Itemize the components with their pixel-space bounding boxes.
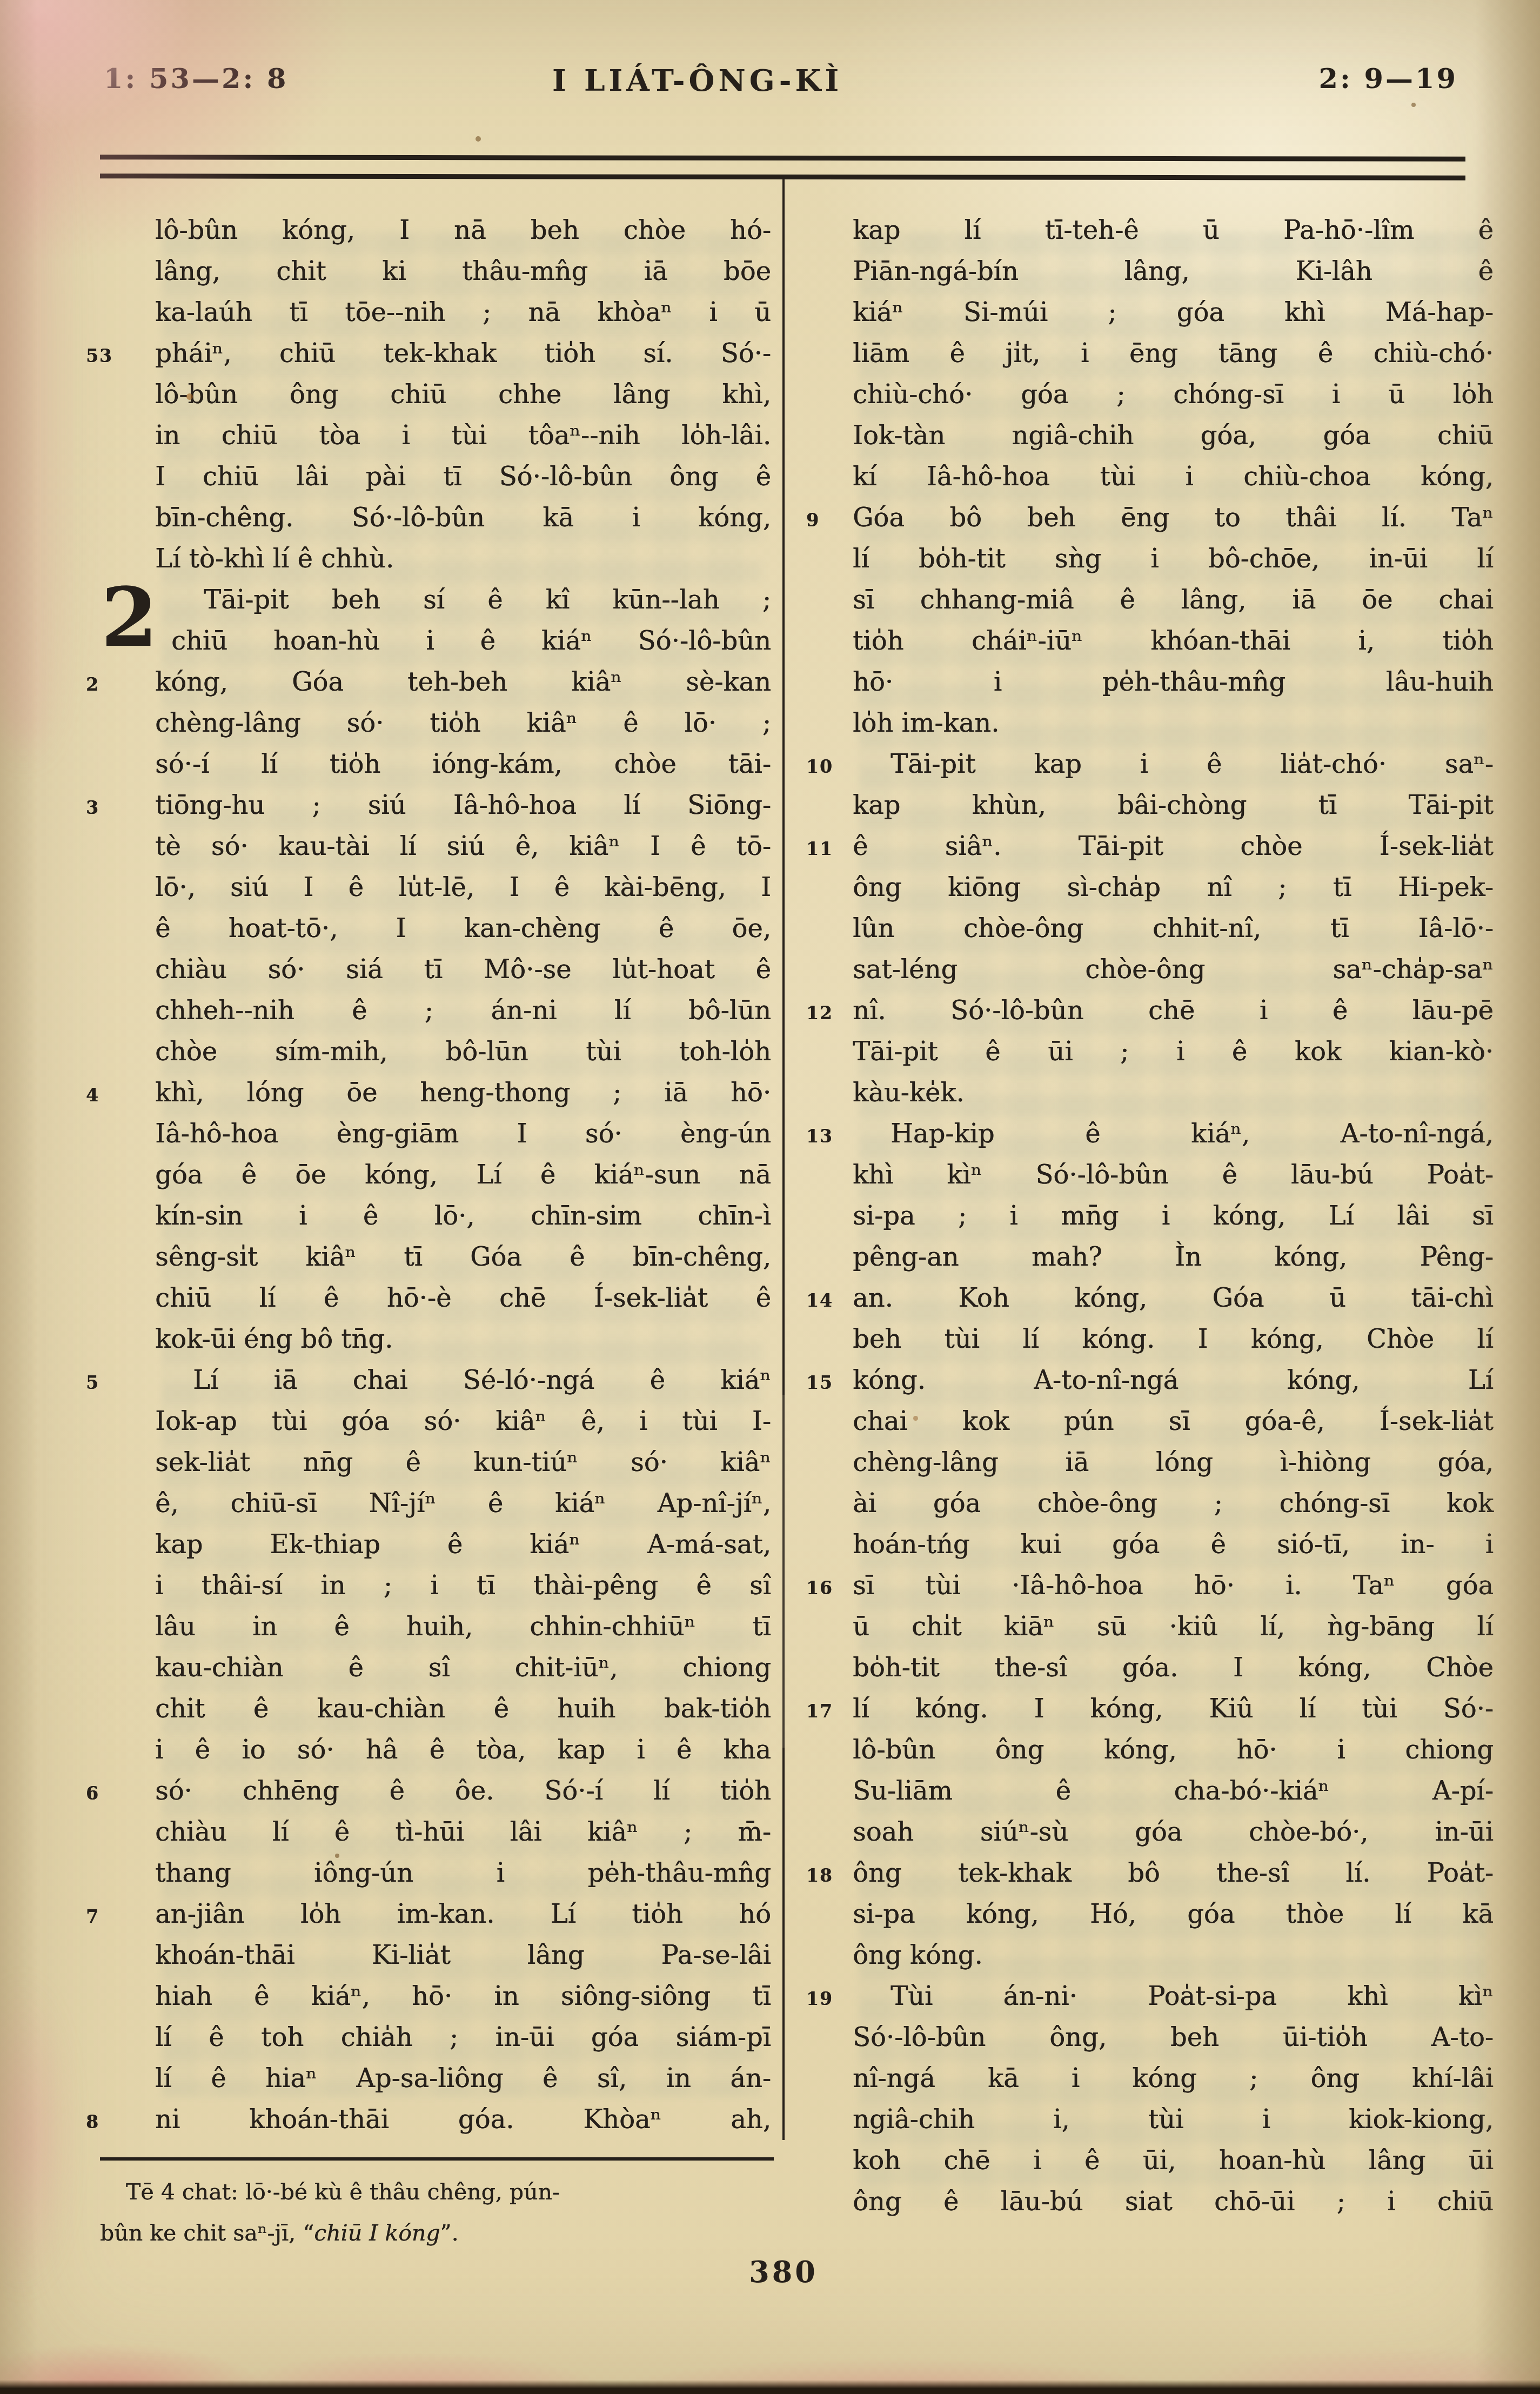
paper-speck xyxy=(1411,103,1416,107)
line-text: kí Iâ-hô-hoa tùi i chiù-choa kóng, xyxy=(853,462,1494,492)
footnote-line: bûn ke chit saⁿ-jī, “chiū I kóng”. xyxy=(100,2212,775,2253)
verse-number: 13 xyxy=(806,1116,846,1157)
line-text: chòe sím-mih, bô-lūn tùi toh-lo̍h xyxy=(155,1036,771,1067)
line-text: Lí tò-khì lí ê chhù. xyxy=(155,544,394,574)
line-text: ngiâ-chih i, tùi i kiok-kiong, xyxy=(853,2104,1494,2135)
line-text: ông kóng. xyxy=(853,1940,983,1970)
text-line: chiàu só· siá tī Mô·-se lu̍t-hoat ê xyxy=(155,949,771,990)
line-text: Iâ-hô-hoa èng-giām I só· èng-ún xyxy=(155,1119,771,1149)
line-text: khoán-thāi Ki-lia̍t lâng Pa-se-lâi xyxy=(155,1940,771,1970)
scan-edge-left xyxy=(0,0,38,2394)
text-line: tio̍h cháiⁿ-iūⁿ khóan-thāi i, tio̍h xyxy=(853,620,1494,661)
text-line: beh tùi lí kóng. I kóng, Chòe lí xyxy=(853,1319,1494,1360)
text-line: Iok-tàn ngiâ-chih góa, góa chiū xyxy=(853,415,1494,456)
text-line: 9Góa bô beh ēng to thâi lí. Taⁿ xyxy=(853,497,1494,538)
line-text: sêng-si̍t kiâⁿ tī Góa ê bīn-chêng, xyxy=(155,1242,771,1272)
line-text: ông kiōng sì-cha̍p nî ; tī Hi-pek- xyxy=(853,872,1494,902)
text-line: chheh--nih ê ; án-ni lí bô-lūn xyxy=(155,990,771,1031)
verse-number: 16 xyxy=(806,1568,846,1609)
text-line: I chiū lâi pài tī Só·-lô-bûn ông ê xyxy=(155,456,771,497)
line-text: Góa bô beh ēng to thâi lí. Taⁿ xyxy=(853,503,1494,533)
line-text: kiáⁿ Si-múi ; góa khì Má-hap- xyxy=(853,297,1494,327)
verse-number: 2 xyxy=(86,664,129,705)
text-line: lí bo̍h-tit sǹg i bô-chōe, in-ūi lí xyxy=(853,538,1494,579)
verse-number: 14 xyxy=(806,1280,846,1321)
line-text: an. Koh kóng, Góa ū tāi-chì xyxy=(853,1283,1494,1313)
line-text: Tùi án-ni· Poa̍t-si-pa khì kìⁿ xyxy=(890,1981,1494,2011)
line-text: lûn chòe-ông chhit-nî, tī Iâ-lō·- xyxy=(853,913,1494,944)
text-line: koh chē i ê ūi, hoan-hù lâng ūi xyxy=(853,2140,1494,2181)
line-text: i ê io só· hâ ê tòa, kap i ê kha xyxy=(155,1735,771,1765)
line-text: Su-liām ê cha-bó·-kiáⁿ A-pí- xyxy=(853,1776,1494,1806)
line-text: ài góa chòe-ông ; chóng-sī kok xyxy=(853,1488,1494,1519)
text-line: só·-í lí tio̍h ióng-kám, chòe tāi- xyxy=(155,744,771,785)
line-text: pháiⁿ, chiū tek-khak tio̍h sí. Só·- xyxy=(155,338,771,369)
text-line: si-pa kóng, Hó, góa thòe lí kā xyxy=(853,1894,1494,1935)
text-line: Su-liām ê cha-bó·-kiáⁿ A-pí- xyxy=(853,1770,1494,1811)
footnote-rule xyxy=(100,2157,774,2161)
text-line: ông ê lāu-bú siat chō-ūi ; i chiū xyxy=(853,2181,1494,2222)
line-text: lí bo̍h-tit sǹg i bô-chōe, in-ūi lí xyxy=(853,544,1494,574)
text-line: 8ni khoán-thāi góa. Khòaⁿ ah, xyxy=(155,2099,771,2140)
verse-number: 19 xyxy=(806,1978,846,2019)
text-line: Só·-lô-bûn ông, beh ūi-tio̍h A-to- xyxy=(853,2017,1494,2058)
text-line: 3tiōng-hu ; siú Iâ-hô-hoa lí Siōng- xyxy=(155,785,771,826)
text-line: sat-léng chòe-ông saⁿ-cha̍p-saⁿ xyxy=(853,949,1494,990)
text-line: 13Hap-kip ê kiáⁿ, A-to-nî-ngá, xyxy=(853,1113,1494,1154)
line-text: lí ê toh chia̍h ; in-ūi góa siám-pī xyxy=(155,2022,771,2052)
text-line: si-pa ; i mn̄g i kóng, Lí lâi sī xyxy=(853,1195,1494,1236)
line-text: hō· i pe̍h-thâu-mn̂g lâu-huih xyxy=(853,667,1494,697)
line-text: i thâi-sí in ; i tī thài-pêng ê sî xyxy=(155,1570,771,1601)
verse-number: 8 xyxy=(86,2102,129,2143)
text-line: chiù-chó· góa ; chóng-sī i ū lo̍h xyxy=(853,374,1494,415)
line-text: chiàu só· siá tī Mô·-se lu̍t-hoat ê xyxy=(155,954,771,985)
page-number: 380 xyxy=(708,2255,859,2289)
line-text: sat-léng chòe-ông saⁿ-cha̍p-saⁿ xyxy=(853,954,1494,985)
verse-number: 18 xyxy=(806,1855,846,1896)
text-line: chiū hoan-hù i ê kiáⁿ Só·-lô-bûn xyxy=(155,620,771,661)
text-line: kí Iâ-hô-hoa tùi i chiù-choa kóng, xyxy=(853,456,1494,497)
line-text: Iok-ap tùi góa só· kiâⁿ ê, i tùi I- xyxy=(155,1406,771,1436)
verse-number: 17 xyxy=(806,1691,846,1732)
text-line: Tāi-pit ê ūi ; i ê kok kian-kò· xyxy=(853,1031,1494,1072)
text-line: lí ê toh chia̍h ; in-ūi góa siám-pī xyxy=(155,2017,771,2058)
text-line: ài góa chòe-ông ; chóng-sī kok xyxy=(853,1483,1494,1524)
line-text: bo̍h-tit the-sî góa. I kóng, Chòe xyxy=(853,1653,1494,1683)
text-line: 53pháiⁿ, chiū tek-khak tio̍h sí. Só·- xyxy=(155,333,771,374)
text-line: lō·, siú I ê lu̍t-lē, I ê kài-bēng, I xyxy=(155,867,771,908)
text-line: 17lí kóng. I kóng, Kiû lí tùi Só·- xyxy=(853,1688,1494,1729)
pink-stain-left-edge xyxy=(0,130,76,751)
footnote-text: bûn ke chit saⁿ-jī, “ xyxy=(100,2220,314,2246)
line-text: pêng-an mah? Ìn kóng, Pêng- xyxy=(853,1242,1494,1272)
text-line: 2kóng, Góa teh-beh kiâⁿ sè-kan xyxy=(155,661,771,703)
text-line: hō· i pe̍h-thâu-mn̂g lâu-huih xyxy=(853,661,1494,703)
text-line: kau-chiàn ê sî chit-iūⁿ, chiong xyxy=(155,1647,771,1688)
text-line: kín-sin i ê lō·, chīn-sim chīn-ì xyxy=(155,1195,771,1236)
footnote-quote: chiū I kóng xyxy=(314,2220,440,2246)
line-text: kap Ek-thiap ê kiáⁿ A-má-sat, xyxy=(155,1529,771,1560)
line-text: lô-bûn kóng, I nā beh chòe hó- xyxy=(155,215,771,245)
text-line: ê hoat-tō·, I kan-chèng ê ōe, xyxy=(155,908,771,949)
line-text: lô-bûn ông kóng, hō· i chiong xyxy=(853,1735,1494,1765)
text-line: 7an-jiân lo̍h im-kan. Lí tio̍h hó xyxy=(155,1894,771,1935)
verse-number: 53 xyxy=(86,336,129,377)
line-text: chit ê kau-chiàn ê huih bak-tio̍h xyxy=(155,1694,771,1724)
line-text: kau-chiàn ê sî chit-iūⁿ, chiong xyxy=(155,1653,771,1683)
line-text: an-jiân lo̍h im-kan. Lí tio̍h hó xyxy=(155,1899,771,1929)
text-line: 2Tāi-pit beh sí ê kî kūn--lah ; xyxy=(155,579,771,620)
text-line: lâng, chit ki thâu-mn̂g iā bōe xyxy=(155,251,771,292)
text-line: hiah ê kiáⁿ, hō· in siông-siông tī xyxy=(155,1976,771,2017)
text-line: chèng-lâng só· tio̍h kiâⁿ ê lō· ; xyxy=(155,703,771,744)
text-line: Iâ-hô-hoa èng-giām I só· èng-ún xyxy=(155,1113,771,1154)
line-text: koh chē i ê ūi, hoan-hù lâng ūi xyxy=(853,2145,1494,2176)
line-text: chai kok pún sī góa-ê, Í-sek-lia̍t xyxy=(853,1406,1494,1436)
pink-stain-left-lower xyxy=(0,1972,76,2297)
text-line: khì kìⁿ Só·-lô-bûn ê lāu-bú Poa̍t- xyxy=(853,1154,1494,1195)
text-line: 15kóng. A-to-nî-ngá kóng, Lí xyxy=(853,1360,1494,1401)
line-text: sek-lia̍t nn̄g ê kun-tiúⁿ só· kiâⁿ xyxy=(155,1447,771,1477)
text-line: 11ê siâⁿ. Tāi-pit chòe Í-sek-lia̍t xyxy=(853,826,1494,867)
line-text: in chiū tòa i tùi tôaⁿ--nih lo̍h-lâi. xyxy=(155,420,771,451)
line-text: Tāi-pit kap i ê lia̍t-chó· saⁿ- xyxy=(890,749,1494,779)
text-line: chòe sím-mih, bô-lūn tùi toh-lo̍h xyxy=(155,1031,771,1072)
verse-number: 11 xyxy=(806,828,846,870)
text-line: kiáⁿ Si-múi ; góa khì Má-hap- xyxy=(853,292,1494,333)
text-line: tè só· kau-tài lí siú ê, kiâⁿ I ê tō- xyxy=(155,826,771,867)
footnote-text: Tē 4 chat: lō·-bé kù ê thâu chêng, pún- xyxy=(126,2179,560,2205)
header-right-reference: 2: 9—19 xyxy=(1318,63,1458,95)
line-text: lô-bûn ông chiū chhe lâng khì, xyxy=(155,379,771,410)
line-text: thang iông-ún i pe̍h-thâu-mn̂g xyxy=(155,1858,771,1888)
line-text: khì kìⁿ Só·-lô-bûn ê lāu-bú Poa̍t- xyxy=(853,1160,1494,1190)
line-text: chiàu lí ê tì-hūi lâi kiâⁿ ; m̄- xyxy=(155,1817,771,1847)
line-text: só·-í lí tio̍h ióng-kám, chòe tāi- xyxy=(155,749,771,779)
chapter-number: 2 xyxy=(101,577,157,658)
paper-speck xyxy=(476,136,481,142)
text-line: soah siúⁿ-sù góa chòe-bó·, in-ūi xyxy=(853,1811,1494,1853)
text-line: 14an. Koh kóng, Góa ū tāi-chì xyxy=(853,1278,1494,1319)
line-text: Tāi-pit ê ūi ; i ê kok kian-kò· xyxy=(853,1036,1494,1067)
text-line: 5Lí iā chai Sé-ló·-ngá ê kiáⁿ xyxy=(155,1360,771,1401)
line-text: lâu in ê huih, chhin-chhiūⁿ tī xyxy=(155,1611,771,1642)
text-line: pêng-an mah? Ìn kóng, Pêng- xyxy=(853,1236,1494,1278)
text-line: 10Tāi-pit kap i ê lia̍t-chó· saⁿ- xyxy=(853,744,1494,785)
text-line: kok-ūi éng bô tn̄g. xyxy=(155,1319,771,1360)
text-line: sek-lia̍t nn̄g ê kun-tiúⁿ só· kiâⁿ xyxy=(155,1442,771,1483)
text-line: chit ê kau-chiàn ê huih bak-tio̍h xyxy=(155,1688,771,1729)
scan-edge-bottom xyxy=(0,2380,1540,2394)
text-line: kap khùn, bâi-chòng tī Tāi-pit xyxy=(853,785,1494,826)
line-text: khì, lóng ōe heng-thong ; iā hō· xyxy=(155,1078,771,1108)
line-text: Só·-lô-bûn ông, beh ūi-tio̍h A-to- xyxy=(853,2022,1494,2052)
line-text: sī tùi ·Iâ-hô-hoa hō· i. Taⁿ góa xyxy=(853,1570,1494,1601)
book-page: 1: 53—2: 8 I LIÁT-ÔNG-KÌ 2: 9—19 lô-bûn … xyxy=(0,0,1540,2394)
verse-number: 3 xyxy=(86,787,129,828)
text-line: 4khì, lóng ōe heng-thong ; iā hō· xyxy=(155,1072,771,1113)
page-title: I LIÁT-ÔNG-KÌ xyxy=(552,63,842,98)
line-text: ê siâⁿ. Tāi-pit chòe Í-sek-lia̍t xyxy=(853,831,1494,861)
text-line: 12nî. Só·-lô-bûn chē i ê lāu-pē xyxy=(853,990,1494,1031)
text-line: chiū lí ê hō·-è chē Í-sek-lia̍t ê xyxy=(155,1278,771,1319)
header-rule xyxy=(100,155,1465,180)
footnote: Tē 4 chat: lō·-bé kù ê thâu chêng, pún-b… xyxy=(100,2171,775,2253)
line-text: lâng, chit ki thâu-mn̂g iā bōe xyxy=(155,256,771,286)
text-line: lô-bûn kóng, I nā beh chòe hó- xyxy=(155,210,771,251)
line-text: lo̍h im-kan. xyxy=(853,708,999,738)
verse-number: 5 xyxy=(86,1362,129,1403)
verse-number: 4 xyxy=(86,1075,129,1116)
text-line: chai kok pún sī góa-ê, Í-sek-lia̍t xyxy=(853,1401,1494,1442)
running-header: 1: 53—2: 8 I LIÁT-ÔNG-KÌ 2: 9—19 xyxy=(0,63,1540,101)
text-line: thang iông-ún i pe̍h-thâu-mn̂g xyxy=(155,1853,771,1894)
line-text: kóng. A-to-nî-ngá kóng, Lí xyxy=(853,1365,1494,1395)
line-text: kóng, Góa teh-beh kiâⁿ sè-kan xyxy=(155,667,771,697)
line-text: só· chhēng ê ôe. Só·-í lí tio̍h xyxy=(155,1776,771,1806)
line-text: lō·, siú I ê lu̍t-lē, I ê kài-bēng, I xyxy=(155,872,771,902)
line-text: ông tek-khak bô the-sî lí. Poa̍t- xyxy=(853,1858,1494,1888)
text-line: hoán-tńg kui góa ê sió-tī, in- i xyxy=(853,1524,1494,1565)
verse-number: 6 xyxy=(86,1773,129,1814)
line-text: chiù-chó· góa ; chóng-sī i ū lo̍h xyxy=(853,379,1494,410)
text-line: liām ê ji̍t, i ēng tāng ê chiù-chó· xyxy=(853,333,1494,374)
line-text: hiah ê kiáⁿ, hō· in siông-siông tī xyxy=(155,1981,771,2011)
line-text: hoán-tńg kui góa ê sió-tī, in- i xyxy=(853,1529,1494,1560)
text-line: 6só· chhēng ê ôe. Só·-í lí tio̍h xyxy=(155,1770,771,1811)
line-text: chiū hoan-hù i ê kiáⁿ Só·-lô-bûn xyxy=(171,626,771,656)
text-line: bīn-chêng. Só·-lô-bûn kā i kóng, xyxy=(155,497,771,538)
text-line: chiàu lí ê tì-hūi lâi kiâⁿ ; m̄- xyxy=(155,1811,771,1853)
line-text: Hap-kip ê kiáⁿ, A-to-nî-ngá, xyxy=(890,1119,1494,1149)
footnote-text: ”. xyxy=(440,2220,458,2246)
line-text: tio̍h cháiⁿ-iūⁿ khóan-thāi i, tio̍h xyxy=(853,626,1494,656)
line-text: ū chi̍t kiāⁿ sū ·kiû lí, ǹg-bāng lí xyxy=(853,1611,1494,1642)
line-text: kàu-ke̍k. xyxy=(853,1078,965,1108)
text-line: Piān-ngá-bín lâng, Ki-lâh ê xyxy=(853,251,1494,292)
text-line: bo̍h-tit the-sî góa. I kóng, Chòe xyxy=(853,1647,1494,1688)
line-text: nî. Só·-lô-bûn chē i ê lāu-pē xyxy=(853,995,1494,1026)
text-line: kap lí tī-teh-ê ū Pa-hō·-lîm ê xyxy=(853,210,1494,251)
line-text: chheh--nih ê ; án-ni lí bô-lūn xyxy=(155,995,771,1026)
header-left-reference: 1: 53—2: 8 xyxy=(104,63,289,95)
text-line: ngiâ-chih i, tùi i kiok-kiong, xyxy=(853,2099,1494,2140)
text-line: ông kóng. xyxy=(853,1935,1494,1976)
line-text: chèng-lâng só· tio̍h kiâⁿ ê lō· ; xyxy=(155,708,771,738)
text-line: kap Ek-thiap ê kiáⁿ A-má-sat, xyxy=(155,1524,771,1565)
line-text: si-pa ; i mn̄g i kóng, Lí lâi sī xyxy=(853,1201,1494,1231)
line-text: chiū lí ê hō·-è chē Í-sek-lia̍t ê xyxy=(155,1283,771,1313)
line-text: bīn-chêng. Só·-lô-bûn kā i kóng, xyxy=(155,503,771,533)
line-text: ê, chiū-sī Nî-jíⁿ ê kiáⁿ Ap-nî-jíⁿ, xyxy=(155,1488,771,1519)
line-text: ni khoán-thāi góa. Khòaⁿ ah, xyxy=(155,2104,771,2135)
text-line: 16sī tùi ·Iâ-hô-hoa hō· i. Taⁿ góa xyxy=(853,1565,1494,1606)
line-text: tiōng-hu ; siú Iâ-hô-hoa lí Siōng- xyxy=(155,790,771,820)
text-line: 18ông tek-khak bô the-sî lí. Poa̍t- xyxy=(853,1853,1494,1894)
verse-number: 7 xyxy=(86,1896,129,1937)
text-line: lûn chòe-ông chhit-nî, tī Iâ-lō·- xyxy=(853,908,1494,949)
text-line: ê, chiū-sī Nî-jíⁿ ê kiáⁿ Ap-nî-jíⁿ, xyxy=(155,1483,771,1524)
text-line: sêng-si̍t kiâⁿ tī Góa ê bīn-chêng, xyxy=(155,1236,771,1278)
line-text: chèng-lâng iā lóng ì-hiòng góa, xyxy=(853,1447,1494,1477)
line-text: tè só· kau-tài lí siú ê, kiâⁿ I ê tō- xyxy=(155,831,771,861)
line-text: góa ê ōe kóng, Lí ê kiáⁿ-sun nā xyxy=(155,1160,771,1190)
line-text: Piān-ngá-bín lâng, Ki-lâh ê xyxy=(853,256,1494,286)
text-line: khoán-thāi Ki-lia̍t lâng Pa-se-lâi xyxy=(155,1935,771,1976)
text-line: chèng-lâng iā lóng ì-hiòng góa, xyxy=(853,1442,1494,1483)
text-column-left: lô-bûn kóng, I nā beh chòe hó-lâng, chit… xyxy=(155,210,771,2140)
column-divider xyxy=(782,179,785,2140)
text-line: góa ê ōe kóng, Lí ê kiáⁿ-sun nā xyxy=(155,1154,771,1195)
text-line: Iok-ap tùi góa só· kiâⁿ ê, i tùi I- xyxy=(155,1401,771,1442)
text-line: i ê io só· hâ ê tòa, kap i ê kha xyxy=(155,1729,771,1770)
footnote-line: Tē 4 chat: lō·-bé kù ê thâu chêng, pún- xyxy=(100,2171,775,2212)
line-text: Tāi-pit beh sí ê kî kūn--lah ; xyxy=(204,585,771,615)
line-text: lí ê hiaⁿ Ap-sa-liông ê sî, in án- xyxy=(155,2063,771,2094)
line-text: soah siúⁿ-sù góa chòe-bó·, in-ūi xyxy=(853,1817,1494,1847)
line-text: I chiū lâi pài tī Só·-lô-bûn ông ê xyxy=(155,462,771,492)
verse-number: 10 xyxy=(806,746,846,787)
text-line: in chiū tòa i tùi tôaⁿ--nih lo̍h-lâi. xyxy=(155,415,771,456)
verse-number: 12 xyxy=(806,993,846,1034)
text-line: ka-laúh tī tōe--nih ; nā khòaⁿ i ū xyxy=(155,292,771,333)
line-text: lí kóng. I kóng, Kiû lí tùi Só·- xyxy=(853,1694,1494,1724)
verse-number: 15 xyxy=(806,1362,846,1403)
line-text: liām ê ji̍t, i ēng tāng ê chiù-chó· xyxy=(853,338,1494,369)
text-line: lô-bûn ông chiū chhe lâng khì, xyxy=(155,374,771,415)
text-line: kàu-ke̍k. xyxy=(853,1072,1494,1113)
text-line: ū chi̍t kiāⁿ sū ·kiû lí, ǹg-bāng lí xyxy=(853,1606,1494,1647)
line-text: Iok-tàn ngiâ-chih góa, góa chiū xyxy=(853,420,1494,451)
text-line: lô-bûn ông kóng, hō· i chiong xyxy=(853,1729,1494,1770)
line-text: ka-laúh tī tōe--nih ; nā khòaⁿ i ū xyxy=(155,297,771,327)
text-line: sī chhang-miâ ê lâng, iā ōe chai xyxy=(853,579,1494,620)
text-line: lâu in ê huih, chhin-chhiūⁿ tī xyxy=(155,1606,771,1647)
text-line: lí ê hiaⁿ Ap-sa-liông ê sî, in án- xyxy=(155,2058,771,2099)
line-text: si-pa kóng, Hó, góa thòe lí kā xyxy=(853,1899,1494,1929)
line-text: ông ê lāu-bú siat chō-ūi ; i chiū xyxy=(853,2186,1494,2217)
text-line: nî-ngá kā i kóng ; ông khí-lâi xyxy=(853,2058,1494,2099)
line-text: kok-ūi éng bô tn̄g. xyxy=(155,1324,393,1354)
line-text: beh tùi lí kóng. I kóng, Chòe lí xyxy=(853,1324,1494,1354)
text-line: ông kiōng sì-cha̍p nî ; tī Hi-pek- xyxy=(853,867,1494,908)
verse-number: 9 xyxy=(806,500,846,541)
text-line: 19Tùi án-ni· Poa̍t-si-pa khì kìⁿ xyxy=(853,1976,1494,2017)
line-text: ê hoat-tō·, I kan-chèng ê ōe, xyxy=(155,913,771,944)
line-text: nî-ngá kā i kóng ; ông khí-lâi xyxy=(853,2063,1494,2094)
line-text: kín-sin i ê lō·, chīn-sim chīn-ì xyxy=(155,1201,771,1231)
line-text: kap lí tī-teh-ê ū Pa-hō·-lîm ê xyxy=(853,215,1494,245)
line-text: Lí iā chai Sé-ló·-ngá ê kiáⁿ xyxy=(193,1365,771,1395)
text-line: Lí tò-khì lí ê chhù. xyxy=(155,538,771,579)
text-line: lo̍h im-kan. xyxy=(853,703,1494,744)
line-text: sī chhang-miâ ê lâng, iā ōe chai xyxy=(853,585,1494,615)
text-line: i thâi-sí in ; i tī thài-pêng ê sî xyxy=(155,1565,771,1606)
text-column-right: kap lí tī-teh-ê ū Pa-hō·-lîm êPiān-ngá-b… xyxy=(853,210,1494,2222)
line-text: kap khùn, bâi-chòng tī Tāi-pit xyxy=(853,790,1494,820)
